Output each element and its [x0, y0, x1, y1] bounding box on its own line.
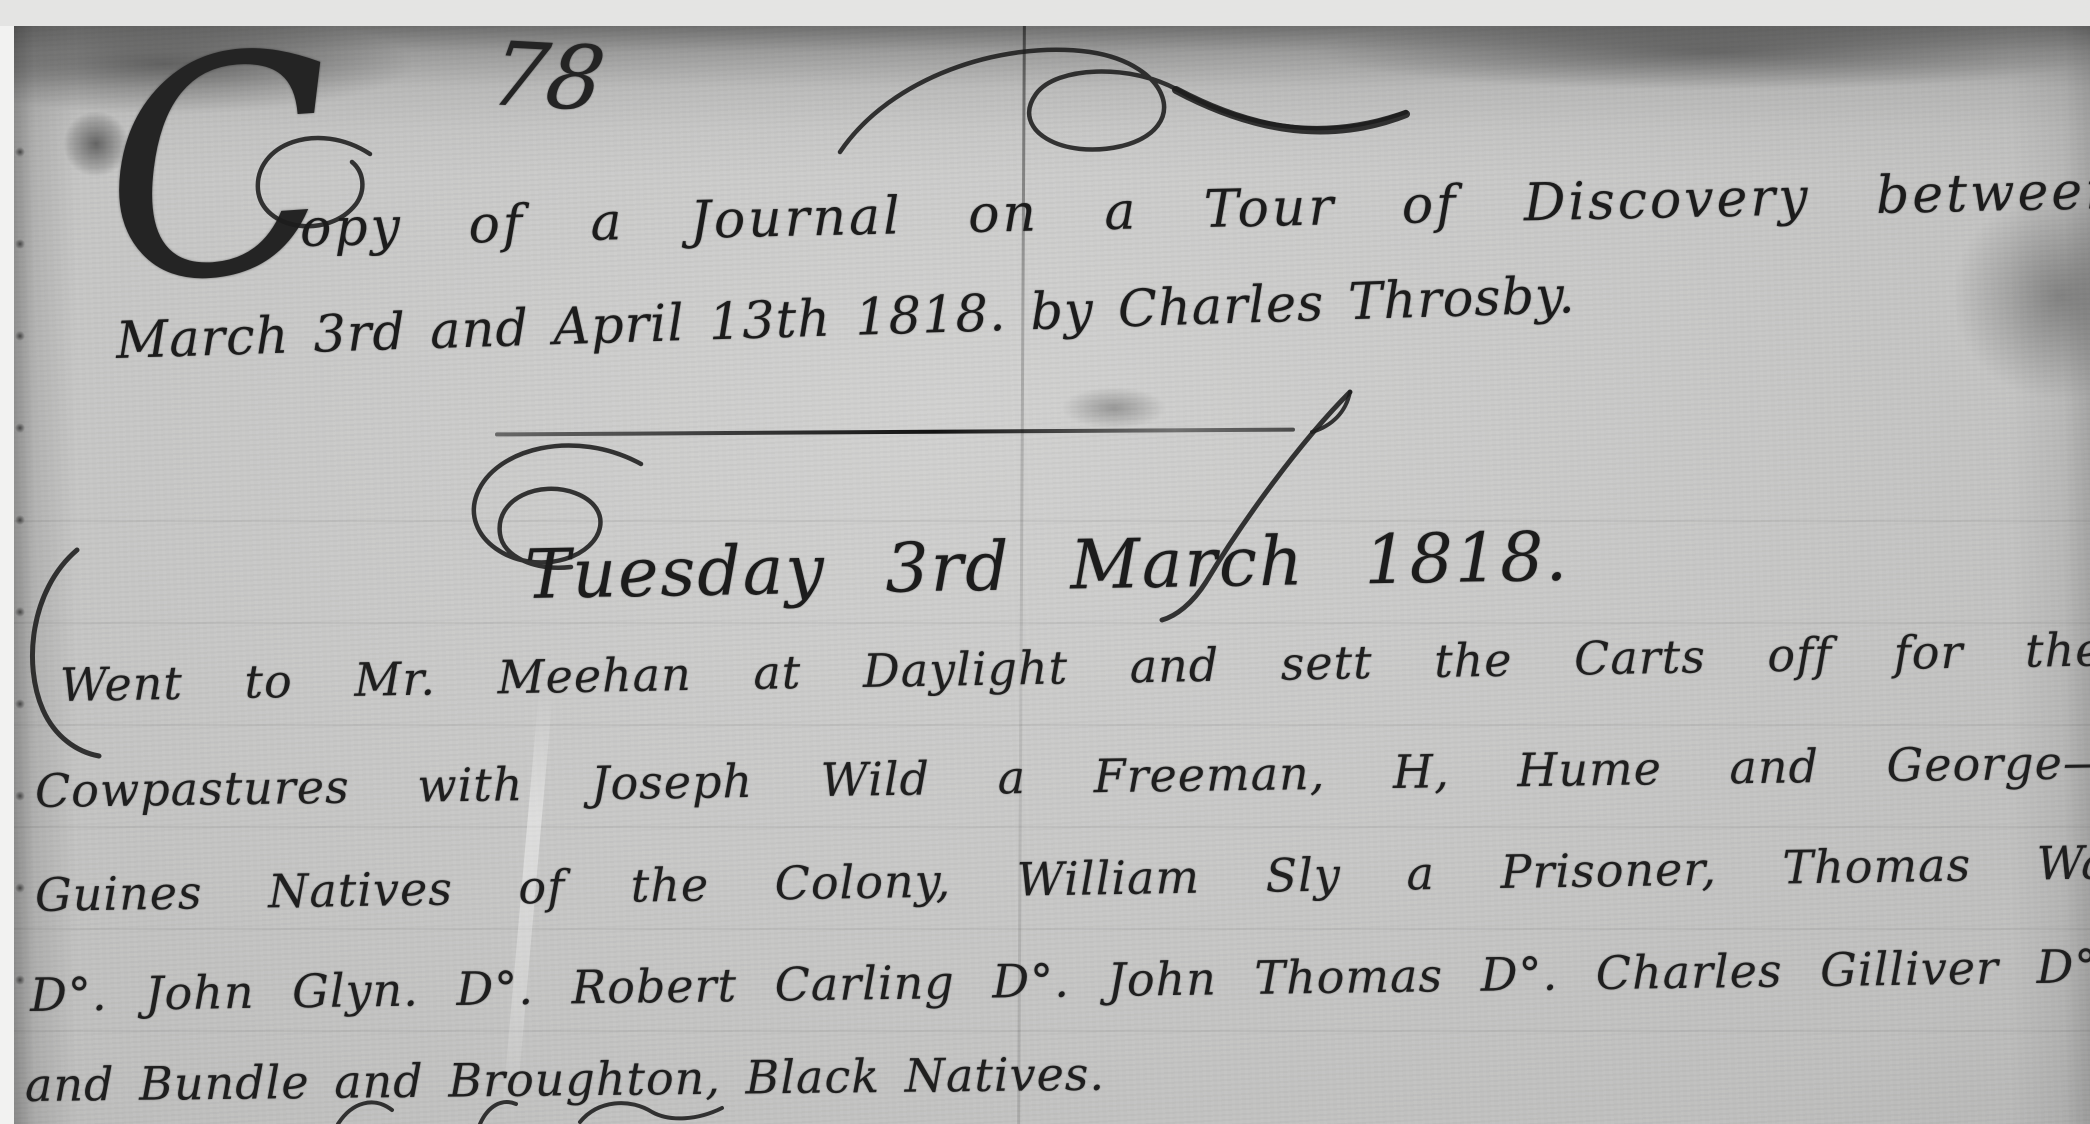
- margin-flourish-icon: [15, 545, 107, 760]
- manuscript-scan: 78 C opy of a Journal on a Tour of Disco…: [0, 0, 2090, 1124]
- page-number: 78: [485, 30, 610, 124]
- next-line-partial-strokes: [330, 1094, 730, 1124]
- pen-flourish-top-right-icon: [830, 34, 1410, 166]
- entry-heading: Tuesday 3rd March 1818.: [524, 524, 1569, 610]
- scan-edge-left: [0, 0, 14, 1124]
